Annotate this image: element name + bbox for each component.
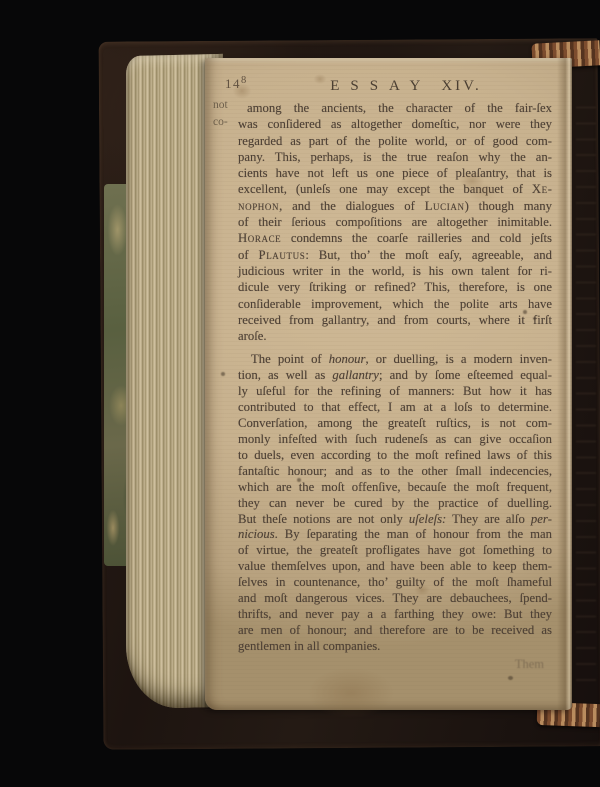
text-line: thrifts, and never pay a a farthing they…	[238, 607, 552, 623]
marginalia-line: not	[213, 97, 228, 114]
paragraph-2: The point of honour, or duelling, is a m…	[238, 352, 552, 655]
text-line: among the ancients, the character of the…	[238, 100, 552, 116]
header-title: ESSAY	[330, 78, 431, 94]
text-line: of Plautus: But, tho’ the moſt eaſy, agr…	[238, 247, 552, 263]
text-line: received from gallantry, and from courts…	[238, 312, 552, 328]
text-line: tion, as well as gallantry; and by ſome …	[238, 368, 552, 384]
text-line: nophon, and the dialogues of Lucian) tho…	[238, 198, 552, 214]
text-line: they can never be cured by the practice …	[238, 496, 552, 512]
adjacent-page-ghost-text	[576, 102, 596, 682]
text-line: ly uſeful for the refining of manners: B…	[238, 384, 552, 400]
book-photo: 148 ESSAYXIV. not co- among the ancients…	[0, 0, 600, 787]
text-line: The point of honour, or duelling, is a m…	[238, 352, 552, 368]
adjacent-page-edge	[571, 58, 600, 710]
text-line: value themſelves upon, and have been abl…	[238, 559, 552, 575]
ink-speck	[508, 676, 513, 680]
text-line: judicious writer in the world, is his ow…	[238, 263, 552, 279]
text-line: contributed to that effect, I am at a lo…	[238, 400, 552, 416]
ink-speck	[221, 372, 225, 376]
text-line: are men of honour; and therefore are to …	[238, 623, 552, 639]
text-line: which are the moſt offenſive, becauſe th…	[238, 480, 552, 496]
text-line: pany. This, perhaps, is the true reaſon …	[238, 149, 552, 165]
text-line: regarded as part of the polite world, or…	[238, 133, 552, 149]
text-line: fantaſtic honour; and as to the other ſm…	[238, 464, 552, 480]
text-line: of virtue, the greateſt profligates have…	[238, 543, 552, 559]
text-line: excellent, (unleſs one may except the ba…	[238, 181, 552, 197]
marginalia: not co-	[213, 97, 228, 130]
text-line: dicule very ſtriking or refined? This, t…	[238, 279, 552, 295]
text-line: cients have not left us one piece of ple…	[238, 165, 552, 181]
text-line: ſelves in countenance, tho’ guilty of th…	[238, 575, 552, 591]
text-line: monly infeſted with ſuch rudeneſs as can…	[238, 432, 552, 448]
text-line: and moſt dangerous vices. They are debau…	[238, 591, 552, 607]
text-line: Horace condemns the coarſe railleries an…	[238, 230, 552, 246]
text-line: gentlemen in all companies.	[238, 639, 552, 655]
book-page: 148 ESSAYXIV. not co- among the ancients…	[205, 58, 572, 710]
text-line: was conſidered as altogether domeſtic, n…	[238, 116, 552, 132]
catchword: Them	[238, 657, 544, 672]
paragraph-1: among the ancients, the character of the…	[238, 100, 552, 344]
running-header: ESSAYXIV.	[263, 77, 549, 95]
text-line: Converſation, among the greateſt ruſtics…	[238, 416, 552, 432]
marginalia-line: co-	[213, 114, 228, 131]
page-number-superscript: 8	[241, 75, 248, 86]
text-line: But theſe notions are not only uſeleſs: …	[238, 512, 552, 528]
text-line: of their ſerious compoſitions are altoge…	[238, 214, 552, 230]
header-chapter-number: XIV.	[441, 78, 481, 94]
text-line: nicious. By ſeparating the man of honour…	[238, 527, 552, 543]
text-line: to duels, even according to the moſt ref…	[238, 448, 552, 464]
page-number: 148	[225, 76, 248, 92]
text-line: aroſe.	[238, 328, 552, 344]
text-line: conſiderable improvement, which the poli…	[238, 296, 552, 312]
